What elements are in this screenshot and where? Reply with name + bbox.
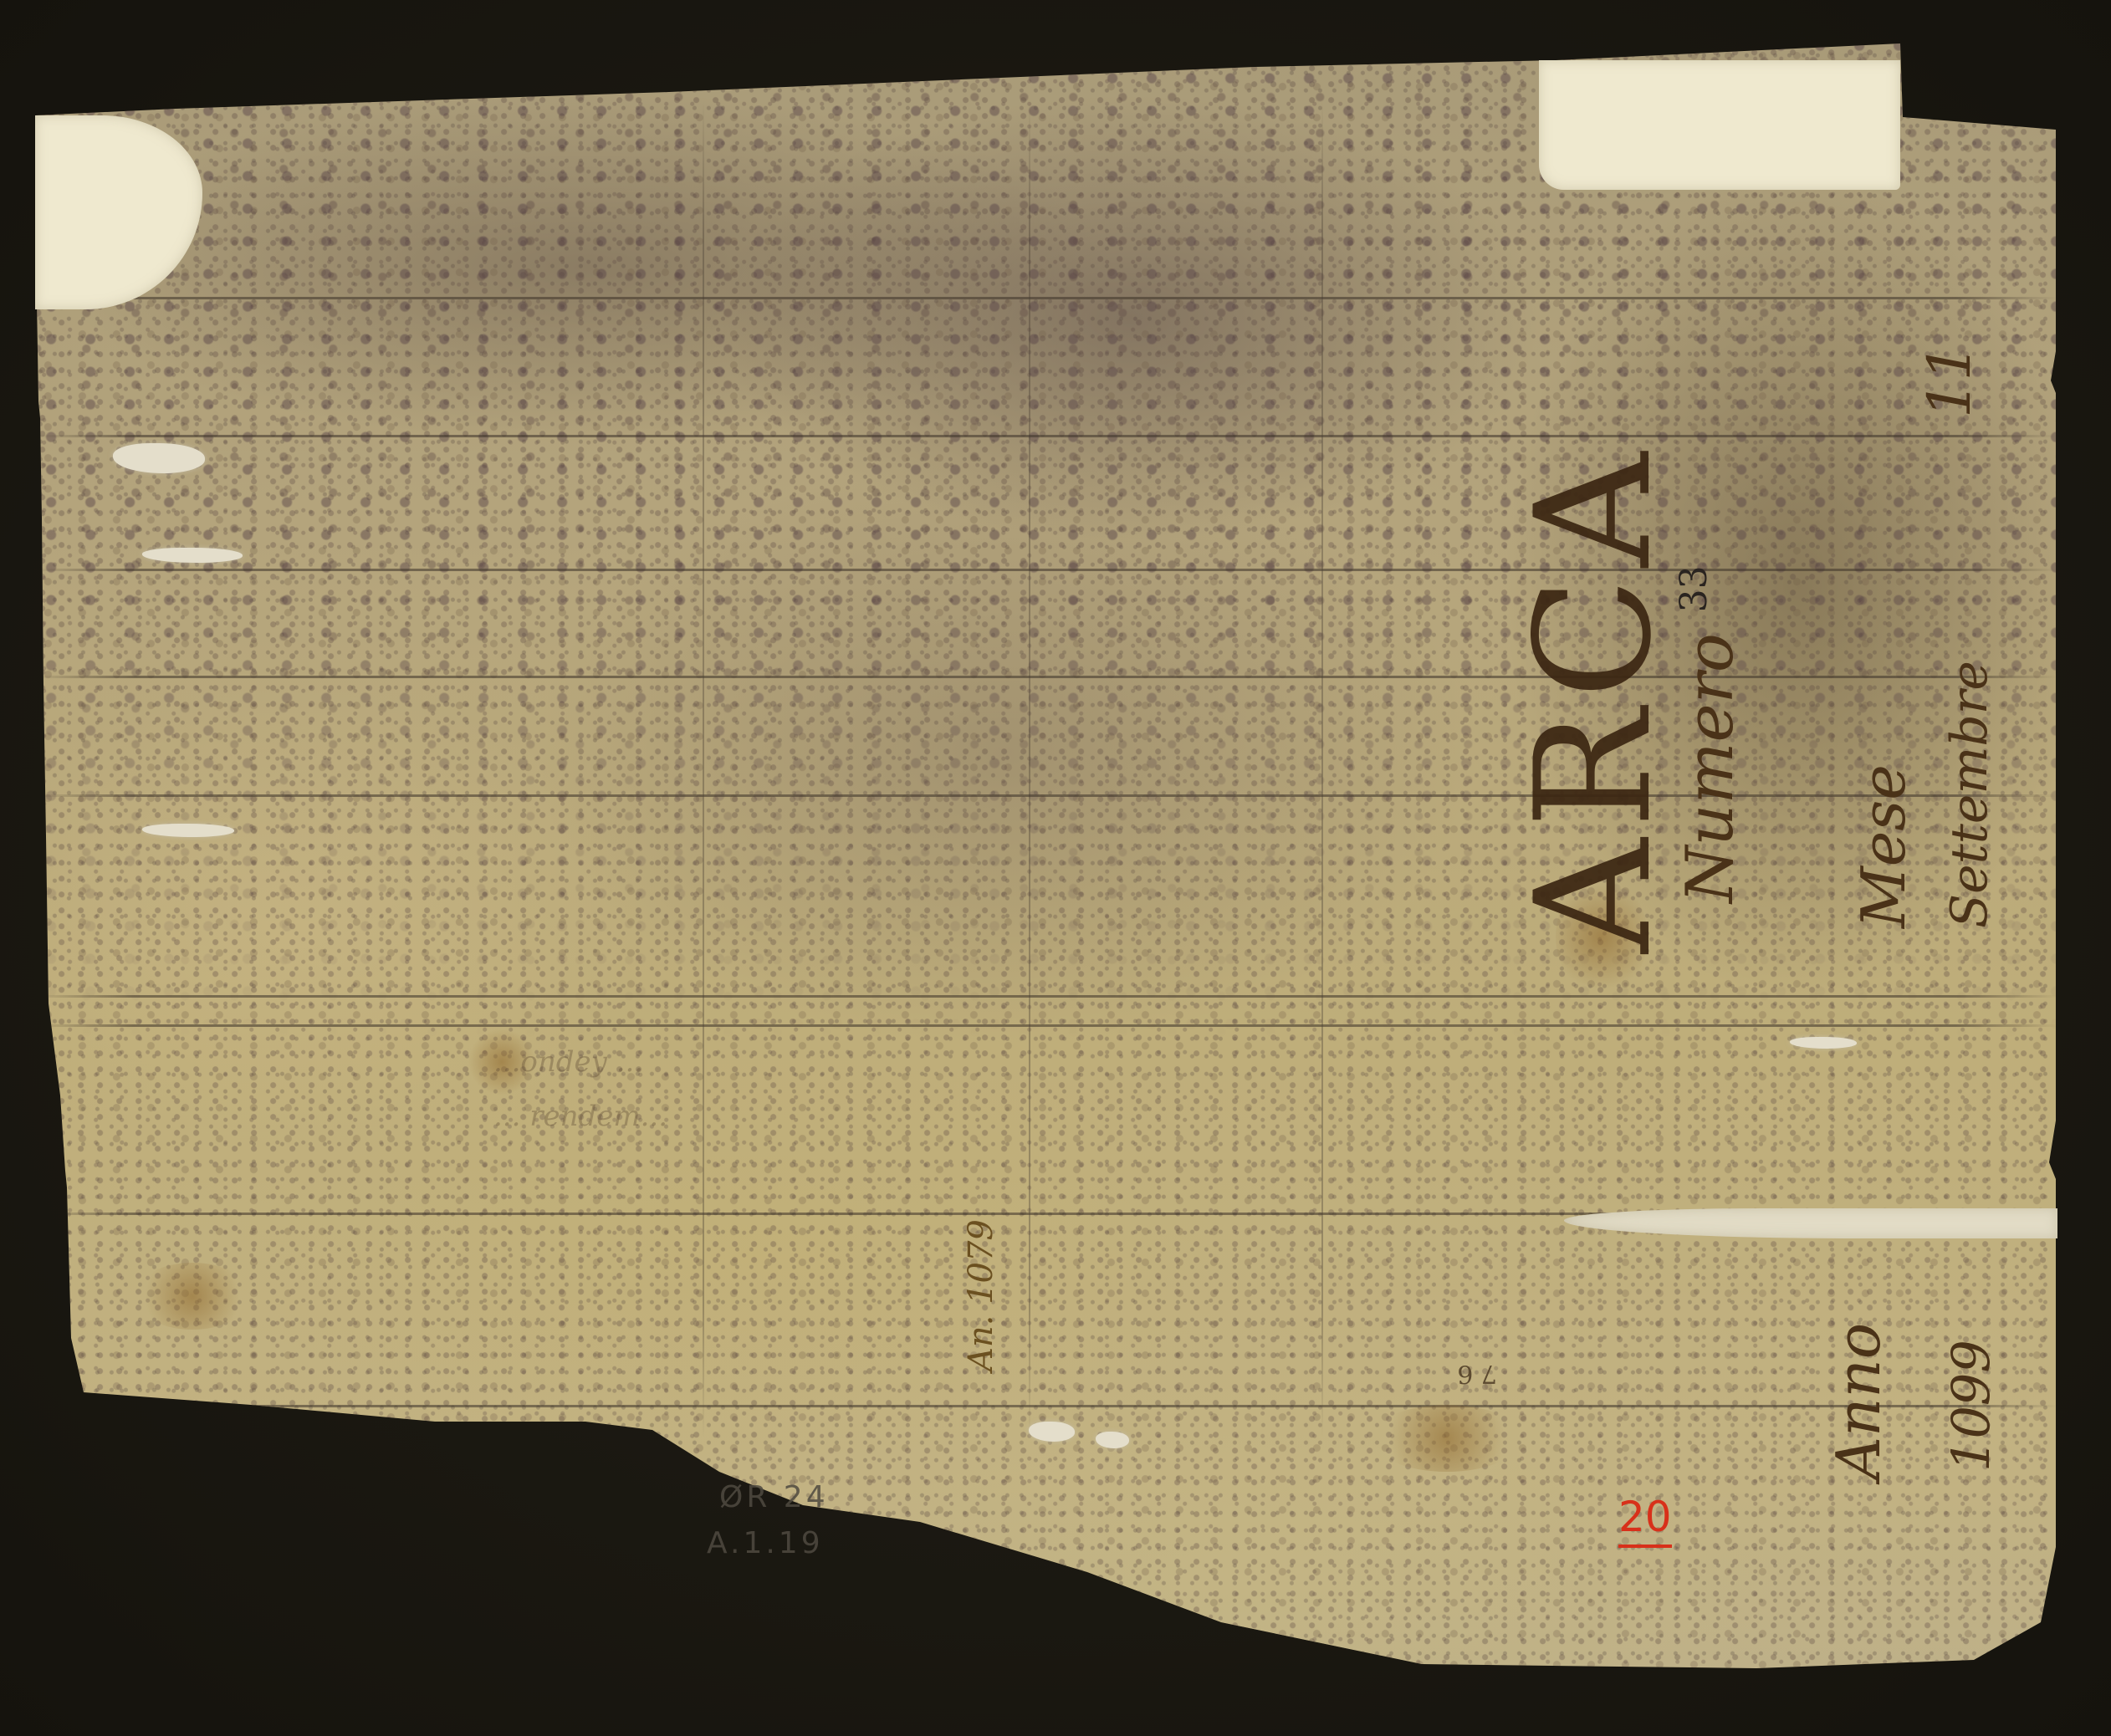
shelfmark-line-1: ØR 24 [719,1480,829,1514]
parchment-sheet [0,0,2111,1736]
fold-line [33,794,2057,797]
red-underline [1618,1545,1672,1548]
photo-stage: ARCA Numero 33 Mese Settembre 11 Anno 10… [0,0,2111,1736]
vertical-fold [1321,100,1323,1438]
vertical-fold [703,100,704,1438]
fold-line [33,676,2057,678]
anno-value: 1099 [1940,1340,2001,1472]
shelfmark-line-2: A.1.19 [707,1526,824,1560]
inverted-digits: 7 6 [1457,1359,1497,1388]
faded-text-line: ... rendem... [493,1100,667,1133]
stain [134,1263,251,1330]
repair-patch-top-right [1539,60,1900,190]
fold-line [33,1405,2057,1407]
giorno-value: 11 [1915,344,1984,418]
fold-line [33,569,2057,571]
mese-value: Settembre [1940,661,1999,928]
mese-label: Mese [1848,764,1919,928]
red-folio-number: 20 [1618,1493,1672,1548]
fold-line [33,995,2057,998]
faded-text-line: ...ondey ... [493,1045,643,1079]
numero-endorsement: Numero 33 [1673,565,1748,903]
vertical-fold [1029,100,1030,1438]
fold-line [33,435,2057,437]
numero-label: Numero [1673,633,1748,903]
red-number-value: 20 [1618,1493,1672,1541]
anno-label: Anno [1823,1323,1894,1480]
numero-value: 33 [1673,565,1715,612]
tear [1096,1432,1129,1448]
fold-line [33,1024,2057,1027]
stain [1372,1405,1522,1472]
arca-endorsement: ARCA [1501,442,1686,953]
year-note: An. 1079 [962,1219,1000,1371]
fold-line [33,297,2057,299]
